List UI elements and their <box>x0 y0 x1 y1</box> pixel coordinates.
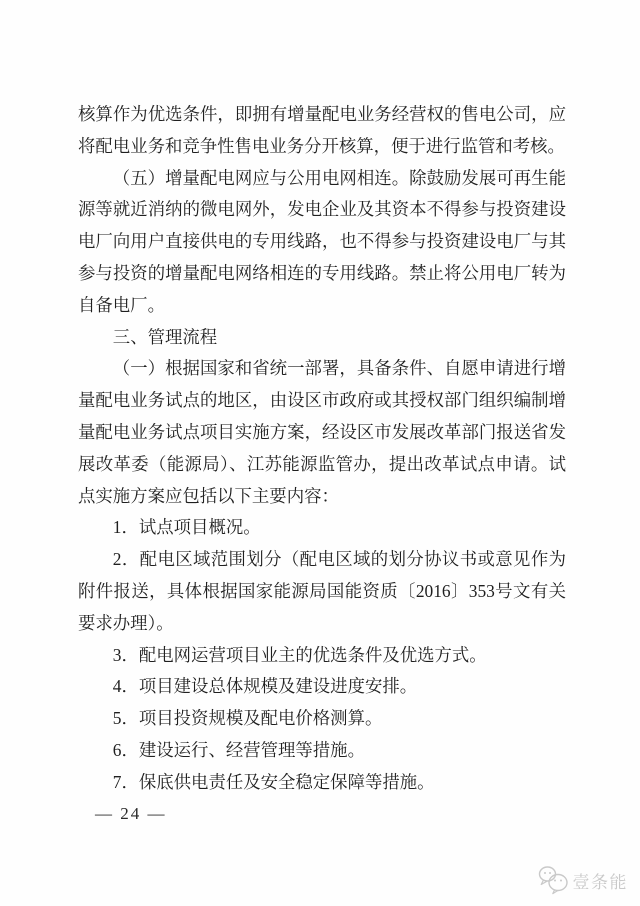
list-item: 2．配电区域范围划分（配电区域的划分协议书或意见作为附件报送，具体根据国家能源局… <box>78 544 566 639</box>
document-body: 核算作为优选条件，即拥有增量配电业务经营权的售电公司，应将配电业务和竞争性售电业… <box>78 99 566 799</box>
list-item: 4．项目建设总体规模及建设进度安排。 <box>78 671 566 703</box>
list-item: 3．配电网运营项目业主的优选条件及优选方式。 <box>78 640 566 672</box>
paragraph: （五）增量配电网应与公用电网相连。除鼓励发展可再生能源等就近消纳的微电网外，发电… <box>78 163 566 322</box>
page-number: — 24 — <box>95 804 167 824</box>
wechat-icon <box>537 865 569 895</box>
list-item: 1．试点项目概况。 <box>78 512 566 544</box>
watermark: 壹条能 <box>537 865 629 895</box>
list-item: 5．项目投资规模及配电价格测算。 <box>78 703 566 735</box>
paragraph: 核算作为优选条件，即拥有增量配电业务经营权的售电公司，应将配电业务和竞争性售电业… <box>78 99 566 163</box>
watermark-label: 壹条能 <box>573 868 629 893</box>
document-page: 核算作为优选条件，即拥有增量配电业务经营权的售电公司，应将配电业务和竞争性售电业… <box>0 0 640 906</box>
list-item: 7．保底供电责任及安全稳定保障等措施。 <box>78 767 566 799</box>
list-item: 6．建设运行、经营管理等措施。 <box>78 735 566 767</box>
section-heading: 三、管理流程 <box>78 322 566 354</box>
paragraph: （一）根据国家和省统一部署，具备条件、自愿申请进行增量配电业务试点的地区，由设区… <box>78 353 566 512</box>
